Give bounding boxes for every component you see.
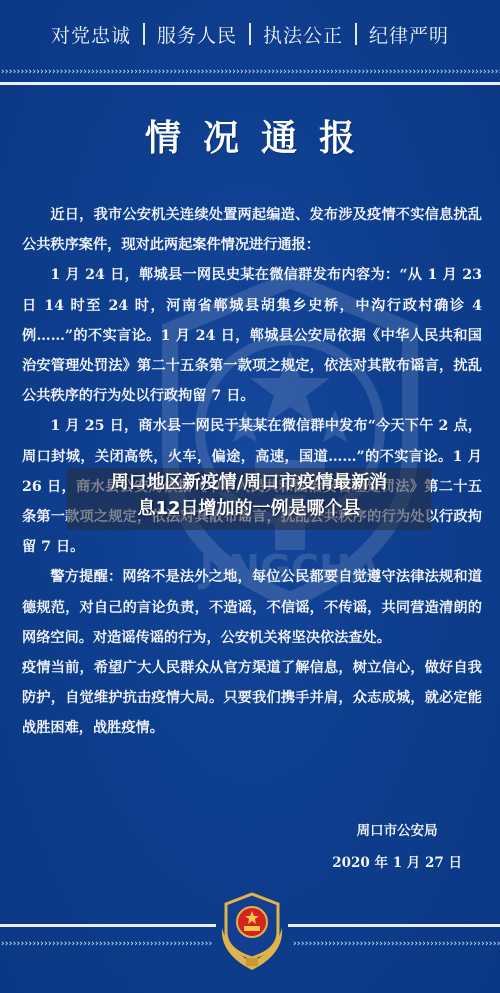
chevron-band-bottom-right: ››››››››››››››››››››››››››››››››››››››››… [292, 940, 500, 948]
chevron-band-bottom-left: ››››››››››››››››››››››››››››››››››››››››… [0, 940, 212, 948]
caption-line-1: 周口地区新疫情/周口市疫情最新消 [67, 470, 431, 496]
slogan-divider [355, 23, 357, 45]
closing-paragraph: 疫情当前，希望广大人民群众从官方渠道了解信息，树立信心，做好自我防护，自觉维护抗… [22, 653, 482, 744]
slogan-divider [249, 23, 251, 45]
intro-paragraph: 近日，我市公安机关连续处置两起编造、发布涉及疫情不实信息扰乱公共秩序案件，现对此… [22, 200, 482, 260]
slogan-serve-people: 服务人民 [157, 21, 237, 48]
divider-rule-top [0, 82, 500, 85]
slogan-discipline: 纪律严明 [369, 21, 449, 48]
slogan-fair-law: 执法公正 [263, 21, 343, 48]
slogan-divider [143, 23, 145, 45]
case-1-paragraph: 1 月 24 日，郸城县一网民史某在微信群发布内容为：“从 1 月 23 日 1… [22, 260, 482, 411]
page-title: 情况通报 [0, 110, 500, 161]
issuer-name: 周口市公安局 [332, 815, 462, 847]
divider-rule-bottom-right [288, 924, 500, 927]
notice-page: 对党忠诚 服务人民 执法公正 纪律严明 ››››››››››››››››››››… [0, 0, 500, 993]
caption-overlay: 周口地区新疫情/周口市疫情最新消 息12日增加的一例是哪个县 [67, 470, 431, 522]
police-reminder-paragraph: 警方提醒：网络不是法外之地，每位公民都要自觉遵守法律法规和道德规范，对自己的言论… [22, 562, 482, 653]
slogan-loyalty: 对党忠诚 [51, 21, 131, 48]
police-emblem-icon [216, 892, 288, 974]
slogan-bar: 对党忠诚 服务人民 执法公正 纪律严明 [0, 14, 500, 54]
chevron-band-top: ››››››››››››››››››››››››››››››››››››››››… [0, 68, 500, 76]
divider-rule-bottom-left [0, 924, 216, 927]
signature-block: 周口市公安局 2020 年 1 月 27 日 [332, 815, 462, 879]
issue-date: 2020 年 1 月 27 日 [332, 847, 462, 879]
caption-line-2: 息12日增加的一例是哪个县 [67, 496, 431, 522]
